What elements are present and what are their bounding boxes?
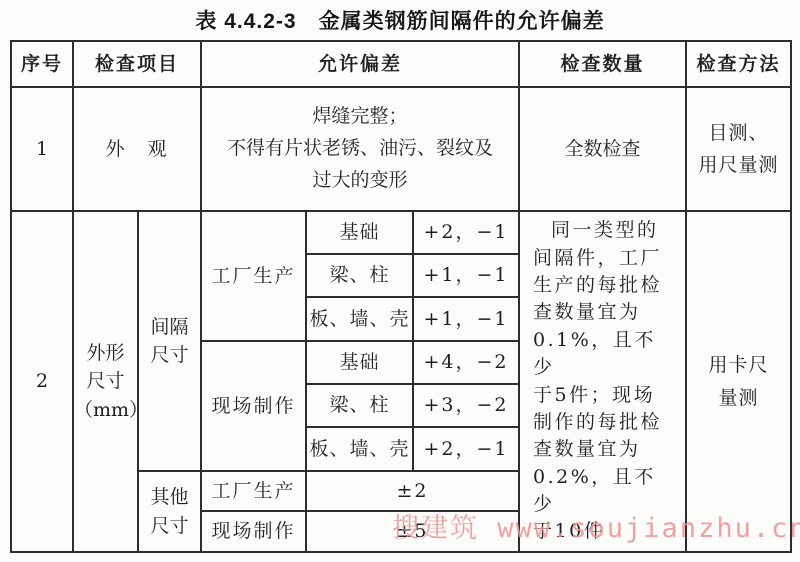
cell-group-other-size: 其他 尺寸 xyxy=(138,471,201,552)
cell-part-beam-column-factory: 梁、柱 xyxy=(306,254,413,297)
cell-group-spacing-size: 间隔 尺寸 xyxy=(138,211,201,471)
col-header-serial: 序号 xyxy=(11,41,73,87)
cell-quantity-appearance: 全数检查 xyxy=(519,87,686,211)
cell-part-foundation-factory: 基础 xyxy=(306,211,413,254)
cell-production-site: 现场制作 xyxy=(201,341,306,471)
cell-value-slab-wall-shell-site: +2，−1 xyxy=(413,427,519,471)
cell-tolerance-appearance: 焊缝完整； 不得有片状老锈、油污、裂纹及 过大的变形 xyxy=(201,87,519,211)
cell-value-foundation-site: +4，−2 xyxy=(413,341,519,384)
cell-production-factory: 工厂生产 xyxy=(201,211,306,341)
col-header-item: 检查项目 xyxy=(73,41,201,87)
header-row: 序号 检查项目 允许偏差 检查数量 检查方法 xyxy=(11,41,791,87)
row-shape-sub1: 2 外形 尺寸 （mm） 间隔 尺寸 工厂生产 基础 +2，−1 同一类型的 间… xyxy=(11,211,791,254)
cell-serial-2: 2 xyxy=(11,211,73,552)
cell-quantity-shape: 同一类型的 间隔件，工厂 生产的每批检 查数量宜为 0.1%，且不少 于5件；现… xyxy=(519,211,686,552)
cell-method-shape: 用卡尺 量测 xyxy=(686,211,791,552)
cell-method-appearance: 目测、 用尺量测 xyxy=(686,87,791,211)
cell-value-beam-column-site: +3，−2 xyxy=(413,384,519,427)
cell-value-beam-column-factory: +1，−1 xyxy=(413,254,519,297)
table-title: 表 4.4.2-3 金属类钢筋间隔件的允许偏差 xyxy=(0,5,800,35)
cell-part-foundation-site: 基础 xyxy=(306,341,413,384)
cell-other-value-factory: ±2 xyxy=(306,471,519,511)
cell-other-value-site: ±5 xyxy=(306,511,519,552)
cell-other-production-factory: 工厂生产 xyxy=(201,471,306,511)
col-header-method: 检查方法 xyxy=(686,41,791,87)
cell-item-shape-size: 外形 尺寸 （mm） xyxy=(73,211,138,552)
row-appearance: 1 外 观 焊缝完整； 不得有片状老锈、油污、裂纹及 过大的变形 全数检查 目测… xyxy=(11,87,791,211)
cell-other-production-site: 现场制作 xyxy=(201,511,306,552)
cell-value-slab-wall-shell-factory: +1，−1 xyxy=(413,297,519,341)
tolerance-table: 序号 检查项目 允许偏差 检查数量 检查方法 1 外 观 焊缝完整； 不得有片状… xyxy=(10,40,792,553)
cell-part-beam-column-site: 梁、柱 xyxy=(306,384,413,427)
cell-part-slab-wall-shell-factory: 板、墙、壳 xyxy=(306,297,413,341)
cell-part-slab-wall-shell-site: 板、墙、壳 xyxy=(306,427,413,471)
cell-serial-1: 1 xyxy=(11,87,73,211)
cell-item-appearance: 外 观 xyxy=(73,87,201,211)
cell-value-foundation-factory: +2，−1 xyxy=(413,211,519,254)
col-header-tolerance: 允许偏差 xyxy=(201,41,519,87)
col-header-quantity: 检查数量 xyxy=(519,41,686,87)
